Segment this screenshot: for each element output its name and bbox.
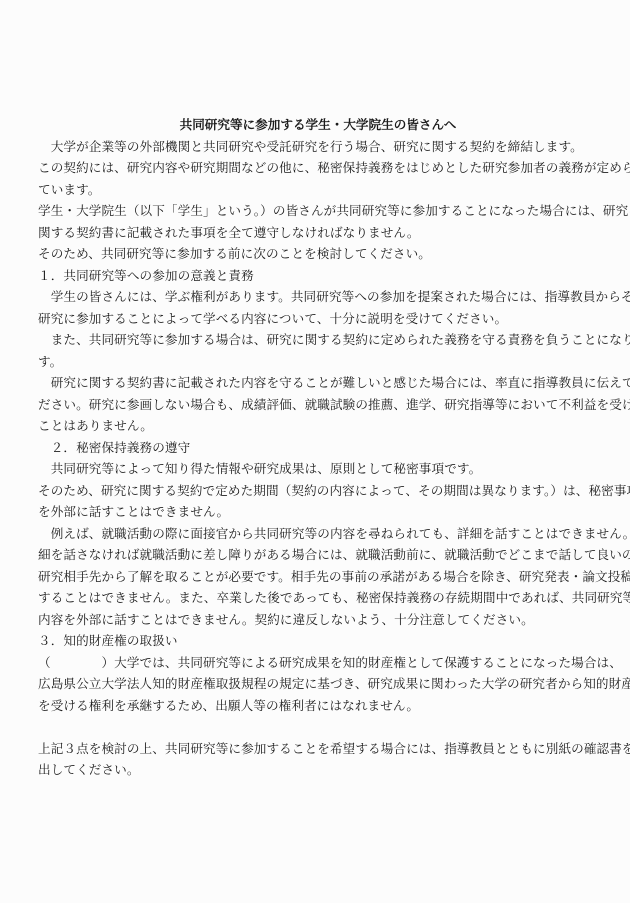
text-line: 学生・大学院生（以下「学生」という。）の皆さんが共同研究等に参加することになった…: [38, 200, 598, 222]
text-line: また、共同研究等に参加する場合は、研究に関する契約に定められた義務を守る責務を負…: [38, 329, 598, 351]
text-line: ことはありません。: [38, 415, 598, 437]
text-line: ています。: [38, 179, 598, 201]
section-heading-2: ２．秘密保持義務の遵守: [38, 437, 598, 459]
blank-line: [38, 716, 598, 738]
text-line: 出してください。: [38, 759, 598, 781]
text-line: を受ける権利を承継するため、出願人等の権利者にはなれません。: [38, 695, 598, 717]
document-body: 共同研究等に参加する学生・大学院生の皆さんへ 大学が企業等の外部機関と共同研究や…: [38, 114, 598, 781]
text-line: を外部に話すことはできません。: [38, 501, 598, 523]
text-line: 共同研究等によって知り得た情報や研究成果は、原則として秘密事項です。: [38, 458, 598, 480]
document-page: 共同研究等に参加する学生・大学院生の皆さんへ 大学が企業等の外部機関と共同研究や…: [0, 0, 630, 903]
text-line: 大学が企業等の外部機関と共同研究や受託研究を行う場合、研究に関する契約を締結しま…: [38, 136, 598, 158]
text-line: 関する契約書に記載された事項を全て遵守しなければなりません。: [38, 222, 598, 244]
text-line: （ ）大学では、共同研究等による研究成果を知的財産権として保護することになった場…: [38, 652, 598, 674]
text-line: 広島県公立大学法人知的財産権取扱規程の規定に基づき、研究成果に関わった大学の研究…: [38, 673, 598, 695]
text-line: 学生の皆さんには、学ぶ権利があります。共同研究等への参加を提案された場合には、指…: [38, 286, 598, 308]
text-line: することはできません。また、卒業した後であっても、秘密保持義務の存続期間中であれ…: [38, 587, 598, 609]
text-line: 研究相手先から了解を取ることが必要です。相手先の事前の承諾がある場合を除き、研究…: [38, 566, 598, 588]
text-line: 内容を外部に話すことはできません。契約に違反しないよう、十分注意してください。: [38, 609, 598, 631]
text-line: 例えば、就職活動の際に面接官から共同研究等の内容を尋ねられても、詳細を話すことは…: [38, 523, 598, 545]
section-heading-1: １．共同研究等への参加の意義と責務: [38, 265, 598, 287]
text-line: 細を話さなければ就職活動に差し障りがある場合には、就職活動前に、就職活動でどこま…: [38, 544, 598, 566]
text-line: 上記３点を検討の上、共同研究等に参加することを希望する場合には、指導教員とともに…: [38, 738, 598, 760]
text-line: 研究に参加することによって学べる内容について、十分に説明を受けてください。: [38, 308, 598, 330]
text-line: そのため、研究に関する契約で定めた期間（契約の内容によって、その期間は異なります…: [38, 480, 598, 502]
text-line: 研究に関する契約書に記載された内容を守ることが難しいと感じた場合には、率直に指導…: [38, 372, 598, 394]
text-line: そのため、共同研究等に参加する前に次のことを検討してください。: [38, 243, 598, 265]
text-line: ださい。研究に参画しない場合も、成績評価、就職試験の推薦、進学、研究指導等におい…: [38, 394, 598, 416]
text-line: す。: [38, 351, 598, 373]
text-line: この契約には、研究内容や研究期間などの他に、秘密保持義務をはじめとした研究参加者…: [38, 157, 598, 179]
document-title: 共同研究等に参加する学生・大学院生の皆さんへ: [38, 114, 598, 136]
section-heading-3: ３．知的財産権の取扱い: [38, 630, 598, 652]
